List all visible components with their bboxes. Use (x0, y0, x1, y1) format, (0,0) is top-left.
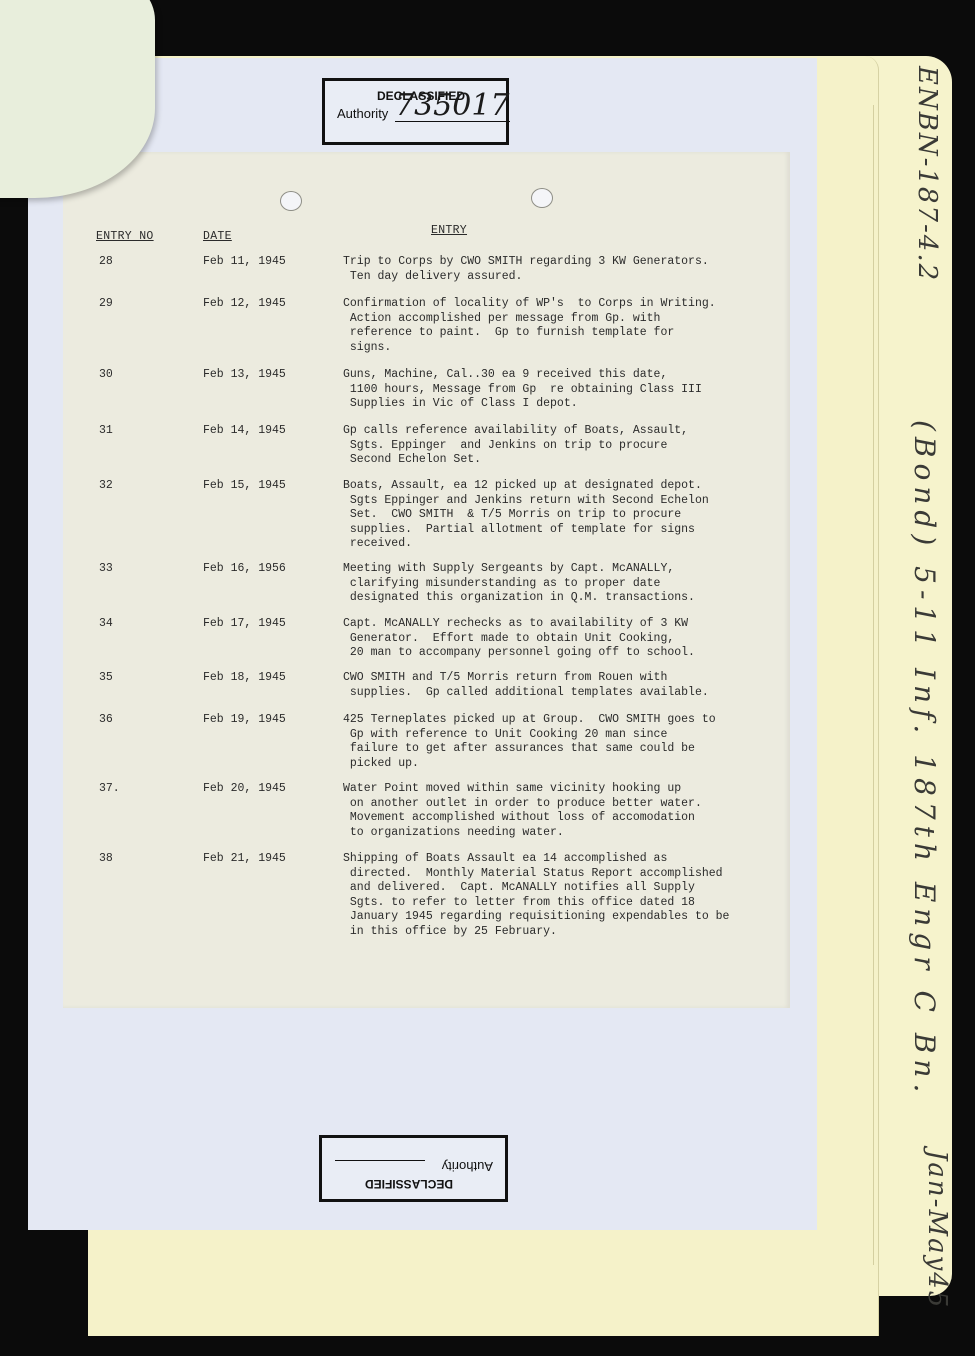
entry-date: Feb 20, 1945 (203, 782, 286, 797)
stamp-authority-blank (335, 1160, 425, 1161)
column-header-entry-no: ENTRY NO (96, 230, 154, 243)
entry-number: 28 (99, 255, 113, 270)
declassified-stamp-top: DECLASSIFIED Authority 735017 (322, 78, 509, 145)
entry-date: Feb 13, 1945 (203, 368, 286, 383)
entry-date: Feb 21, 1945 (203, 852, 286, 867)
entry-text: Shipping of Boats Assault ea 14 accompli… (343, 852, 783, 939)
folder-crease (873, 105, 874, 1265)
stamp-authority-label: Authority (442, 1159, 493, 1174)
stamp-authority-value: 735017 (395, 91, 510, 122)
entry-date: Feb 14, 1945 (203, 424, 286, 439)
column-header-entry: ENTRY (431, 224, 467, 237)
entry-text: Trip to Corps by CWO SMITH regarding 3 K… (343, 255, 783, 284)
entry-text: Confirmation of locality of WP's to Corp… (343, 297, 783, 355)
entry-date: Feb 15, 1945 (203, 479, 286, 494)
entry-date: Feb 18, 1945 (203, 671, 286, 686)
folder-handwritten-label-1: ENBN-187-4.2 (912, 66, 942, 282)
entry-number: 34 (99, 617, 113, 632)
folder-handwritten-label-2: (Bond) 5-11 Inf. 187th Engr C Bn. (908, 420, 941, 1098)
entry-number: 36 (99, 713, 113, 728)
entry-text: Gp calls reference availability of Boats… (343, 424, 783, 468)
entry-text: CWO SMITH and T/5 Morris return from Rou… (343, 671, 783, 700)
folder-handwritten-label-3: Jan-May45 (922, 1150, 952, 1309)
entry-number: 38 (99, 852, 113, 867)
stamp-title: DECLASSIFIED (365, 1177, 453, 1191)
punch-hole (280, 191, 302, 211)
entry-date: Feb 16, 1956 (203, 562, 286, 577)
entry-number: 32 (99, 479, 113, 494)
entry-number: 35 (99, 671, 113, 686)
column-header-date: DATE (203, 230, 232, 243)
entry-number: 37. (99, 782, 120, 797)
entry-text: Meeting with Supply Sergeants by Capt. M… (343, 562, 783, 606)
declassified-stamp-bottom: DECLASSIFIED Authority (319, 1135, 508, 1202)
entry-number: 31 (99, 424, 113, 439)
stamp-authority-label: Authority (337, 106, 388, 121)
entry-date: Feb 12, 1945 (203, 297, 286, 312)
entry-text: 425 Terneplates picked up at Group. CWO … (343, 713, 783, 771)
entry-date: Feb 17, 1945 (203, 617, 286, 632)
entry-number: 29 (99, 297, 113, 312)
entry-text: Water Point moved within same vicinity h… (343, 782, 783, 840)
entry-text: Boats, Assault, ea 12 picked up at desig… (343, 479, 783, 552)
punch-hole (531, 188, 553, 208)
entry-number: 33 (99, 562, 113, 577)
entry-date: Feb 11, 1945 (203, 255, 286, 270)
entry-text: Guns, Machine, Cal..30 ea 9 received thi… (343, 368, 783, 412)
typed-journal-page: ENTRY NO DATE ENTRY 28 Feb 11, 1945 Trip… (63, 152, 790, 1008)
entry-date: Feb 19, 1945 (203, 713, 286, 728)
entry-number: 30 (99, 368, 113, 383)
entry-text: Capt. McANALLY rechecks as to availabili… (343, 617, 783, 661)
